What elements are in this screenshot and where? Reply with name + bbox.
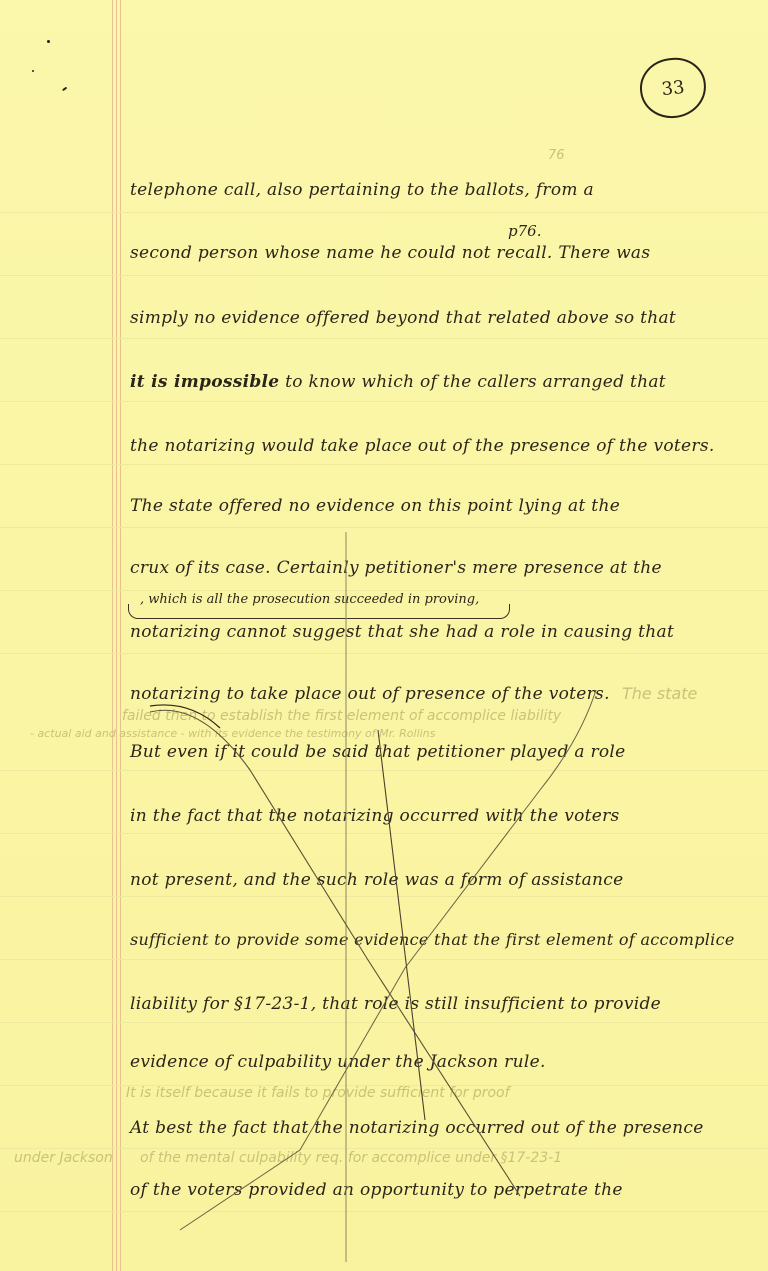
text-line-15: evidence of culpability under the Jackso…	[130, 1052, 546, 1072]
text-line-11: in the fact that the notarizing occurred…	[130, 806, 620, 826]
legal-pad-page: 33 76 telephone call, also pertaining to…	[0, 0, 768, 1271]
stray-dot	[32, 70, 34, 72]
rule-line	[0, 1211, 768, 1212]
page-number-text: 33	[661, 76, 686, 99]
text-line-14: liability for §17-23-1, that role is sti…	[130, 994, 661, 1014]
text-line-8: notarizing cannot suggest that she had a…	[130, 622, 674, 642]
page-ref-insert: p76.	[508, 222, 541, 240]
faint-margin-note: under Jackson	[14, 1150, 113, 1166]
text-line-4: it is impossible to know which of the ca…	[130, 372, 666, 392]
stray-tick	[62, 87, 67, 91]
rule-line	[0, 1148, 768, 1149]
faint-insert-line-1: failed then to establish the first eleme…	[122, 708, 561, 724]
text-line-1: telephone call, also pertaining to the b…	[130, 180, 594, 200]
text-line-16: At best the fact that the notarizing occ…	[130, 1118, 704, 1138]
insertion-brace	[128, 604, 510, 619]
rule-line	[0, 590, 768, 591]
rule-line	[0, 959, 768, 960]
stray-dot	[47, 40, 50, 43]
text-line-5: the notarizing would take place out of t…	[130, 436, 715, 456]
text-line-9: notarizing to take place out of presence…	[130, 684, 610, 704]
margin-line-left	[112, 0, 113, 1271]
rule-line	[0, 1022, 768, 1023]
text-line-7: crux of its case. Certainly petitioner's…	[130, 558, 662, 578]
rule-line	[0, 833, 768, 834]
text-line-2: second person whose name he could not re…	[130, 243, 650, 263]
faint-insert-line-4: of the mental culpability req. for accom…	[140, 1150, 562, 1166]
text-line-4-rest: to know which of the callers arranged th…	[279, 372, 666, 392]
rule-line	[0, 401, 768, 402]
text-line-13: sufficient to provide some evidence that…	[130, 930, 735, 949]
rule-line	[0, 464, 768, 465]
rule-line	[0, 338, 768, 339]
faint-insert-line-2: - actual aid and assistance - with its e…	[30, 727, 435, 740]
text-line-10: But even if it could be said that petiti…	[130, 742, 626, 762]
margin-line-right	[120, 0, 121, 1271]
rule-line	[0, 275, 768, 276]
rule-line	[0, 896, 768, 897]
faint-trailing-note: The state	[622, 684, 697, 703]
text-line-6: The state offered no evidence on this po…	[130, 496, 620, 516]
rule-line	[0, 770, 768, 771]
diagonal-strike-up	[180, 690, 596, 1230]
text-line-3: simply no evidence offered beyond that r…	[130, 308, 676, 328]
bold-emphasis: it is impossible	[130, 372, 279, 392]
rule-line	[0, 212, 768, 213]
text-line-12: not present, and the such role was a for…	[130, 870, 624, 890]
faint-insert-line-3: It is itself because it fails to provide…	[126, 1085, 510, 1101]
text-line-17: of the voters provided an opportunity to…	[130, 1180, 623, 1200]
page-number-circled: 33	[637, 55, 709, 122]
rule-line	[0, 527, 768, 528]
faint-page-ref: 76	[548, 148, 565, 163]
rule-line	[0, 653, 768, 654]
margin-line-middle	[116, 0, 117, 1271]
